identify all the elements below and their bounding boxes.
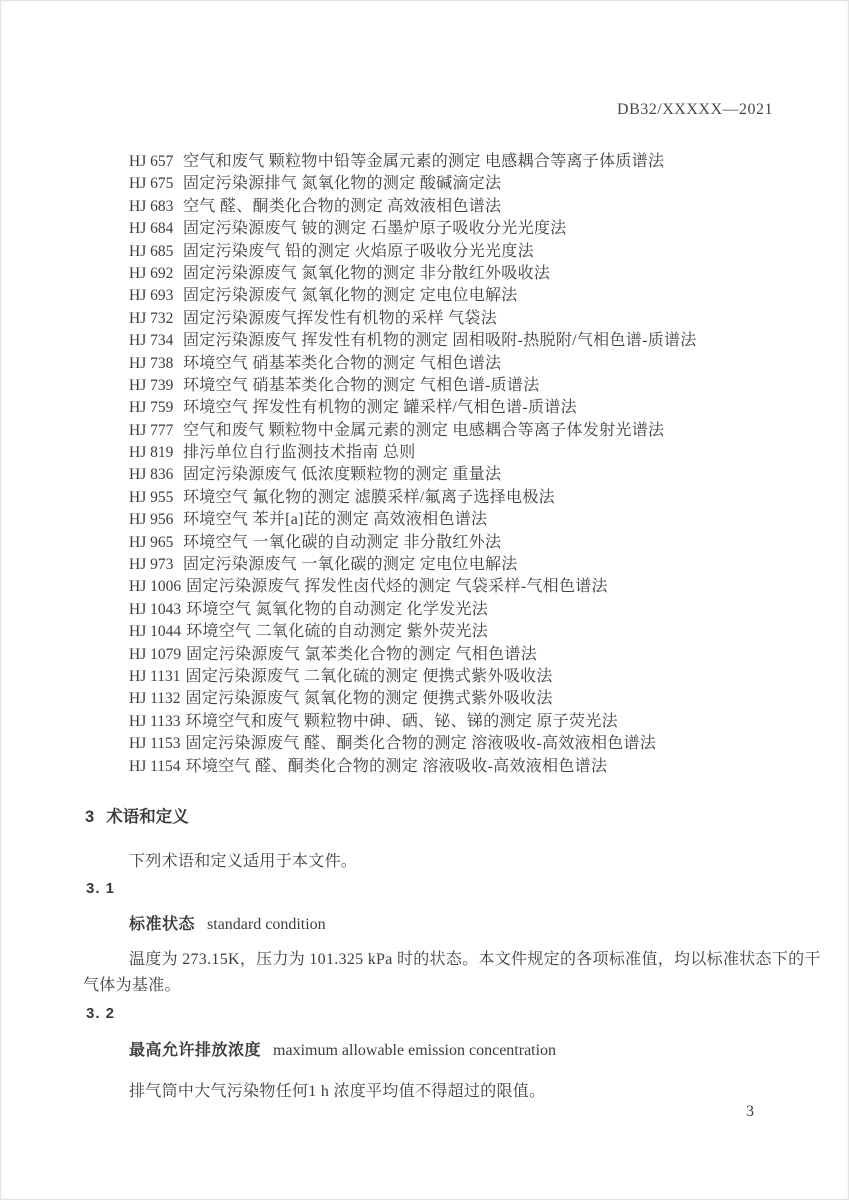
reference-title: 环境空气 硝基苯类化合物的测定 气相色谱法	[183, 353, 501, 375]
reference-number: HJ 732	[129, 308, 178, 330]
reference-title: 固定污染废气 铅的测定 火焰原子吸收分光光度法	[183, 241, 534, 263]
standards-reference-list: HJ 657空气和废气 颗粒物中铅等金属元素的测定 电感耦合等离子体质谱法HJ …	[129, 151, 779, 778]
reference-number: HJ 1133	[129, 711, 181, 733]
reference-item: HJ 955环境空气 氟化物的测定 滤膜采样/氟离子选择电极法	[129, 487, 779, 509]
reference-title: 固定污染源废气 挥发性卤代烃的测定 气袋采样-气相色谱法	[186, 576, 608, 598]
reference-title: 固定污染源排气 氮氧化物的测定 酸碱滴定法	[183, 173, 501, 195]
document-code-header: DB32/XXXXX—2021	[617, 101, 773, 119]
reference-number: HJ 955	[129, 487, 178, 509]
reference-title: 空气 醛、酮类化合物的测定 高效液相色谱法	[183, 196, 501, 218]
reference-title: 环境空气 氮氧化物的自动测定 化学发光法	[186, 599, 488, 621]
reference-item: HJ 685固定污染废气 铅的测定 火焰原子吸收分光光度法	[129, 241, 779, 263]
reference-number: HJ 738	[129, 353, 178, 375]
reference-title: 固定污染源废气 氮氧化物的测定 非分散红外吸收法	[183, 263, 550, 285]
reference-item: HJ 1044环境空气 二氧化硫的自动测定 紫外荧光法	[129, 621, 779, 643]
reference-number: HJ 692	[129, 263, 178, 285]
reference-number: HJ 965	[129, 532, 178, 554]
reference-number: HJ 836	[129, 464, 178, 486]
section-number: 3	[85, 808, 94, 826]
reference-number: HJ 1132	[129, 688, 181, 710]
reference-title: 固定污染源废气 氮氧化物的测定 定电位电解法	[183, 285, 518, 307]
reference-number: HJ 657	[129, 151, 178, 173]
reference-number: HJ 684	[129, 218, 178, 240]
reference-title: 空气和废气 颗粒物中金属元素的测定 电感耦合等离子体发射光谱法	[183, 420, 664, 442]
clause-3-2-body-line-1: 排气筒中大气污染物任何1 h 浓度平均值不得超过的限值。	[129, 1078, 545, 1101]
reference-item: HJ 684固定污染源废气 铍的测定 石墨炉原子吸收分光光度法	[129, 218, 779, 240]
reference-item: HJ 1043环境空气 氮氧化物的自动测定 化学发光法	[129, 599, 779, 621]
reference-title: 环境空气 氟化物的测定 滤膜采样/氟离子选择电极法	[183, 487, 555, 509]
section-title: 术语和定义	[106, 808, 189, 826]
reference-title: 环境空气和废气 颗粒物中砷、硒、铋、锑的测定 原子荧光法	[186, 711, 618, 733]
term-english: maximum allowable emission concentration	[273, 1042, 556, 1059]
reference-item: HJ 1153固定污染源废气 醛、酮类化合物的测定 溶液吸收-高效液相色谱法	[129, 733, 779, 755]
reference-item: HJ 759环境空气 挥发性有机物的测定 罐采样/气相色谱-质谱法	[129, 397, 779, 419]
reference-number: HJ 1044	[129, 621, 181, 643]
reference-number: HJ 1131	[129, 666, 181, 688]
reference-item: HJ 683空气 醛、酮类化合物的测定 高效液相色谱法	[129, 196, 779, 218]
reference-title: 固定污染源废气 醛、酮类化合物的测定 溶液吸收-高效液相色谱法	[186, 733, 657, 755]
reference-item: HJ 657空气和废气 颗粒物中铅等金属元素的测定 电感耦合等离子体质谱法	[129, 151, 779, 173]
page-number: 3	[746, 1103, 754, 1121]
reference-title: 固定污染源废气 低浓度颗粒物的测定 重量法	[183, 464, 501, 486]
reference-item: HJ 1133环境空气和废气 颗粒物中砷、硒、铋、锑的测定 原子荧光法	[129, 711, 779, 733]
reference-number: HJ 777	[129, 420, 178, 442]
reference-item: HJ 1006固定污染源废气 挥发性卤代烃的测定 气袋采样-气相色谱法	[129, 576, 779, 598]
reference-item: HJ 1079固定污染源废气 氯苯类化合物的测定 气相色谱法	[129, 644, 779, 666]
reference-item: HJ 965环境空气 一氧化碳的自动测定 非分散红外法	[129, 532, 779, 554]
reference-title: 环境空气 挥发性有机物的测定 罐采样/气相色谱-质谱法	[183, 397, 577, 419]
clause-number-3-1: 3. 1	[86, 880, 115, 897]
clause-number-3-2: 3. 2	[86, 1005, 115, 1022]
reference-number: HJ 685	[129, 241, 178, 263]
reference-item: HJ 739环境空气 硝基苯类化合物的测定 气相色谱-质谱法	[129, 375, 779, 397]
section-heading: 3术语和定义	[85, 803, 189, 827]
reference-item: HJ 1132固定污染源废气 氮氧化物的测定 便携式紫外吸收法	[129, 688, 779, 710]
reference-number: HJ 683	[129, 196, 178, 218]
reference-title: 固定污染源废气 二氧化硫的测定 便携式紫外吸收法	[186, 666, 553, 688]
reference-title: 固定污染源废气 一氧化碳的测定 定电位电解法	[183, 554, 518, 576]
term-english: standard condition	[207, 916, 326, 933]
reference-title: 环境空气 醛、酮类化合物的测定 溶液吸收-高效液相色谱法	[186, 756, 608, 778]
reference-title: 固定污染源废气挥发性有机物的采样 气袋法	[183, 308, 497, 330]
reference-title: 环境空气 二氧化硫的自动测定 紫外荧光法	[186, 621, 488, 643]
reference-title: 空气和废气 颗粒物中铅等金属元素的测定 电感耦合等离子体质谱法	[183, 151, 664, 173]
reference-number: HJ 739	[129, 375, 178, 397]
term-chinese: 标准状态	[129, 916, 195, 933]
document-page: DB32/XXXXX—2021 HJ 657空气和废气 颗粒物中铅等金属元素的测…	[0, 0, 849, 1200]
reference-item: HJ 732固定污染源废气挥发性有机物的采样 气袋法	[129, 308, 779, 330]
reference-number: HJ 819	[129, 442, 178, 464]
reference-number: HJ 1006	[129, 576, 181, 598]
reference-item: HJ 738环境空气 硝基苯类化合物的测定 气相色谱法	[129, 353, 779, 375]
reference-title: 固定污染源废气 挥发性有机物的测定 固相吸附-热脱附/气相色谱-质谱法	[183, 330, 697, 352]
reference-number: HJ 973	[129, 554, 178, 576]
reference-number: HJ 1079	[129, 644, 181, 666]
clause-3-1-body-line-2: 气体为基准。	[83, 972, 181, 995]
reference-title: 环境空气 硝基苯类化合物的测定 气相色谱-质谱法	[183, 375, 540, 397]
term-chinese: 最高允许排放浓度	[129, 1042, 261, 1059]
reference-item: HJ 734固定污染源废气 挥发性有机物的测定 固相吸附-热脱附/气相色谱-质谱…	[129, 330, 779, 352]
reference-item: HJ 836固定污染源废气 低浓度颗粒物的测定 重量法	[129, 464, 779, 486]
reference-number: HJ 734	[129, 330, 178, 352]
reference-number: HJ 693	[129, 285, 178, 307]
reference-item: HJ 1131固定污染源废气 二氧化硫的测定 便携式紫外吸收法	[129, 666, 779, 688]
reference-number: HJ 759	[129, 397, 178, 419]
reference-title: 环境空气 苯并[a]芘的测定 高效液相色谱法	[183, 509, 487, 531]
clause-3-1-body-line-1: 温度为 273.15K，压力为 101.325 kPa 时的状态。本文件规定的各…	[129, 946, 821, 969]
reference-item: HJ 819排污单位自行监测技术指南 总则	[129, 442, 779, 464]
reference-title: 固定污染源废气 氯苯类化合物的测定 气相色谱法	[186, 644, 537, 666]
reference-number: HJ 675	[129, 173, 178, 195]
reference-item: HJ 956环境空气 苯并[a]芘的测定 高效液相色谱法	[129, 509, 779, 531]
section-intro-paragraph: 下列术语和定义适用于本文件。	[129, 848, 357, 871]
reference-item: HJ 675固定污染源排气 氮氧化物的测定 酸碱滴定法	[129, 173, 779, 195]
term-definition-3-1: 标准状态standard condition	[129, 911, 326, 934]
reference-title: 环境空气 一氧化碳的自动测定 非分散红外法	[183, 532, 501, 554]
reference-item: HJ 1154环境空气 醛、酮类化合物的测定 溶液吸收-高效液相色谱法	[129, 756, 779, 778]
reference-item: HJ 973固定污染源废气 一氧化碳的测定 定电位电解法	[129, 554, 779, 576]
reference-number: HJ 956	[129, 509, 178, 531]
reference-number: HJ 1154	[129, 756, 181, 778]
reference-item: HJ 693固定污染源废气 氮氧化物的测定 定电位电解法	[129, 285, 779, 307]
reference-title: 固定污染源废气 铍的测定 石墨炉原子吸收分光光度法	[183, 218, 567, 240]
reference-number: HJ 1043	[129, 599, 181, 621]
reference-item: HJ 777空气和废气 颗粒物中金属元素的测定 电感耦合等离子体发射光谱法	[129, 420, 779, 442]
term-definition-3-2: 最高允许排放浓度maximum allowable emission conce…	[129, 1037, 556, 1060]
reference-title: 排污单位自行监测技术指南 总则	[183, 442, 416, 464]
reference-item: HJ 692固定污染源废气 氮氧化物的测定 非分散红外吸收法	[129, 263, 779, 285]
reference-number: HJ 1153	[129, 733, 181, 755]
reference-title: 固定污染源废气 氮氧化物的测定 便携式紫外吸收法	[186, 688, 553, 710]
